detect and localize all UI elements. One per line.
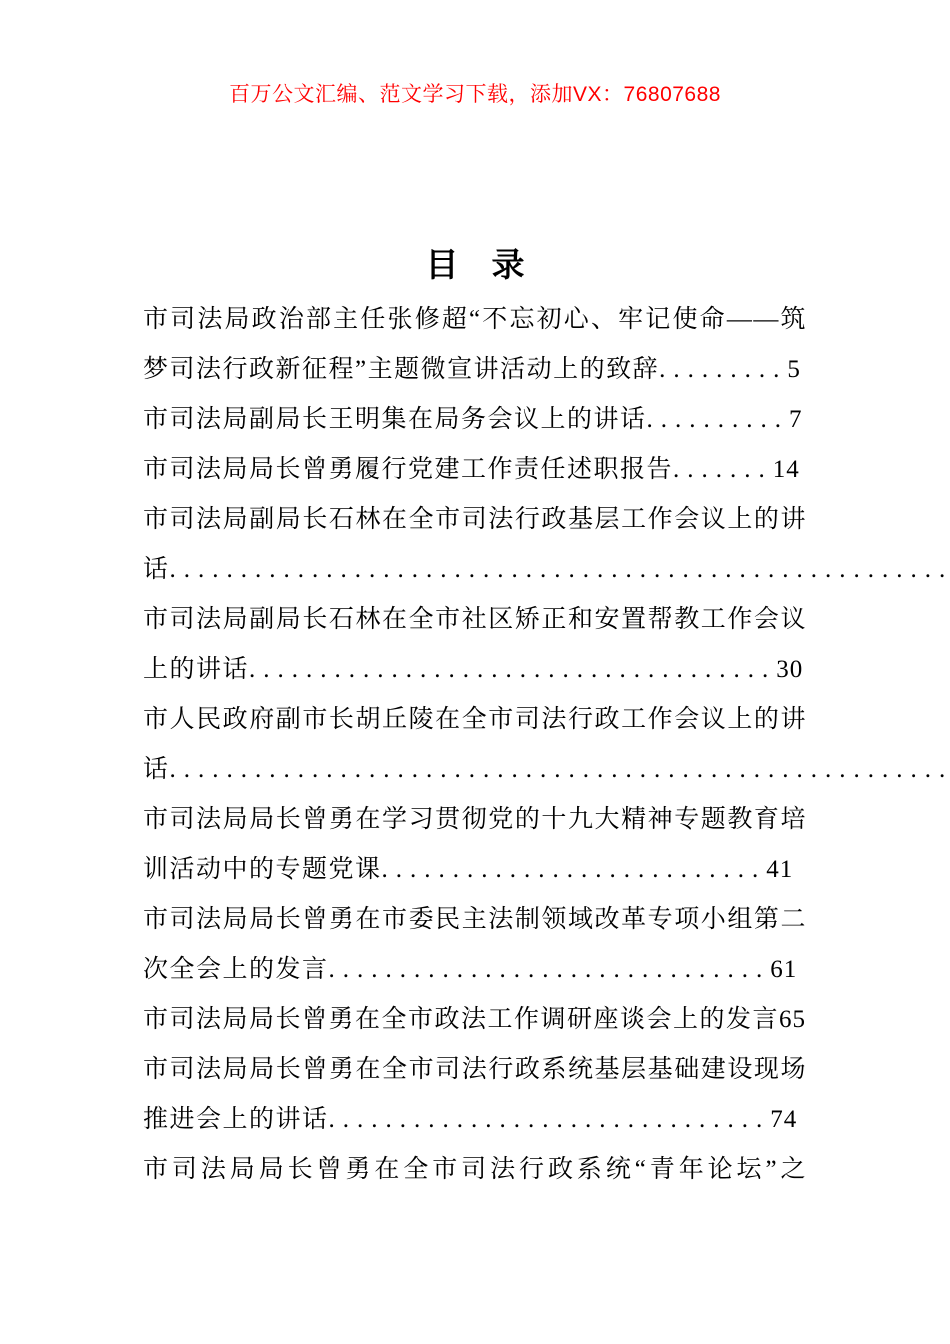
toc-entry-title: 市司法局副局长王明集在局务会议上的讲话: [143, 406, 647, 433]
toc-entry-title: 市司法局局长曾勇在全市政法工作调研座谈会上的发言: [143, 1006, 779, 1033]
toc-entry-title: 市司法局局长曾勇在全市司法行政系统“青年论坛”之: [143, 1156, 807, 1183]
toc-page-number: 5: [787, 356, 801, 383]
toc-list: 市司法局政治部主任张修超“不忘初心、牢记使命——筑梦司法行政新征程”主题微宣讲活…: [143, 295, 807, 1195]
toc-leader-dots: ........................................…: [170, 556, 950, 583]
document-page: 百万公文汇编、范文学习下载，添加VX：76807688 目 录 市司法局政治部主…: [0, 0, 950, 1344]
toc-entry-title: 市司法局局长曾勇履行党建工作责任述职报告: [143, 456, 673, 483]
toc-leader-dots: ...............................: [329, 1106, 771, 1133]
toc-entry[interactable]: 市司法局局长曾勇在全市政法工作调研座谈会上的发言65: [143, 995, 807, 1045]
toc-leader-dots: ...............................: [329, 956, 771, 983]
toc-entry[interactable]: 市人民政府副市长胡丘陵在全市司法行政工作会议上的讲话..............…: [143, 695, 807, 795]
toc-entry[interactable]: 市司法局副局长王明集在局务会议上的讲话..........7: [143, 395, 807, 445]
toc-entry[interactable]: 市司法局局长曾勇在全市司法行政系统基层基础建设现场推进会上的讲话........…: [143, 1045, 807, 1145]
toc-page-number: 7: [789, 406, 803, 433]
toc-entry[interactable]: 市司法局局长曾勇在学习贯彻党的十九大精神专题教育培训活动中的专题党课......…: [143, 795, 807, 895]
toc-leader-dots: ........................................…: [170, 756, 950, 783]
toc-leader-dots: .......: [673, 456, 773, 483]
toc-page-number: 30: [776, 656, 803, 683]
toc-entry[interactable]: 市司法局副局长石林在全市司法行政基层工作会议上的讲话..............…: [143, 495, 807, 595]
toc-entry[interactable]: 市司法局局长曾勇履行党建工作责任述职报告.......14: [143, 445, 807, 495]
toc-entry[interactable]: 市司法局政治部主任张修超“不忘初心、牢记使命——筑梦司法行政新征程”主题微宣讲活…: [143, 295, 807, 395]
toc-page-number: 14: [773, 456, 800, 483]
toc-page-number: 41: [766, 856, 793, 883]
toc-page-number: 74: [770, 1106, 797, 1133]
toc-leader-dots: ...........................: [382, 856, 767, 883]
toc-entry[interactable]: 市司法局局长曾勇在全市司法行政系统“青年论坛”之: [143, 1145, 807, 1195]
toc-entry[interactable]: 市司法局局长曾勇在市委民主法制领域改革专项小组第二次全会上的发言........…: [143, 895, 807, 995]
toc-leader-dots: ..........: [647, 406, 790, 433]
promo-header-note: 百万公文汇编、范文学习下载，添加VX：76807688: [0, 82, 950, 108]
toc-page-number: 61: [770, 956, 797, 983]
toc-title: 目 录: [0, 246, 950, 286]
toc-entry[interactable]: 市司法局副局长石林在全市社区矫正和安置帮教工作会议上的讲话...........…: [143, 595, 807, 695]
toc-leader-dots: .........: [659, 356, 787, 383]
toc-page-number: 65: [779, 1006, 806, 1033]
toc-leader-dots: .....................................: [249, 656, 776, 683]
